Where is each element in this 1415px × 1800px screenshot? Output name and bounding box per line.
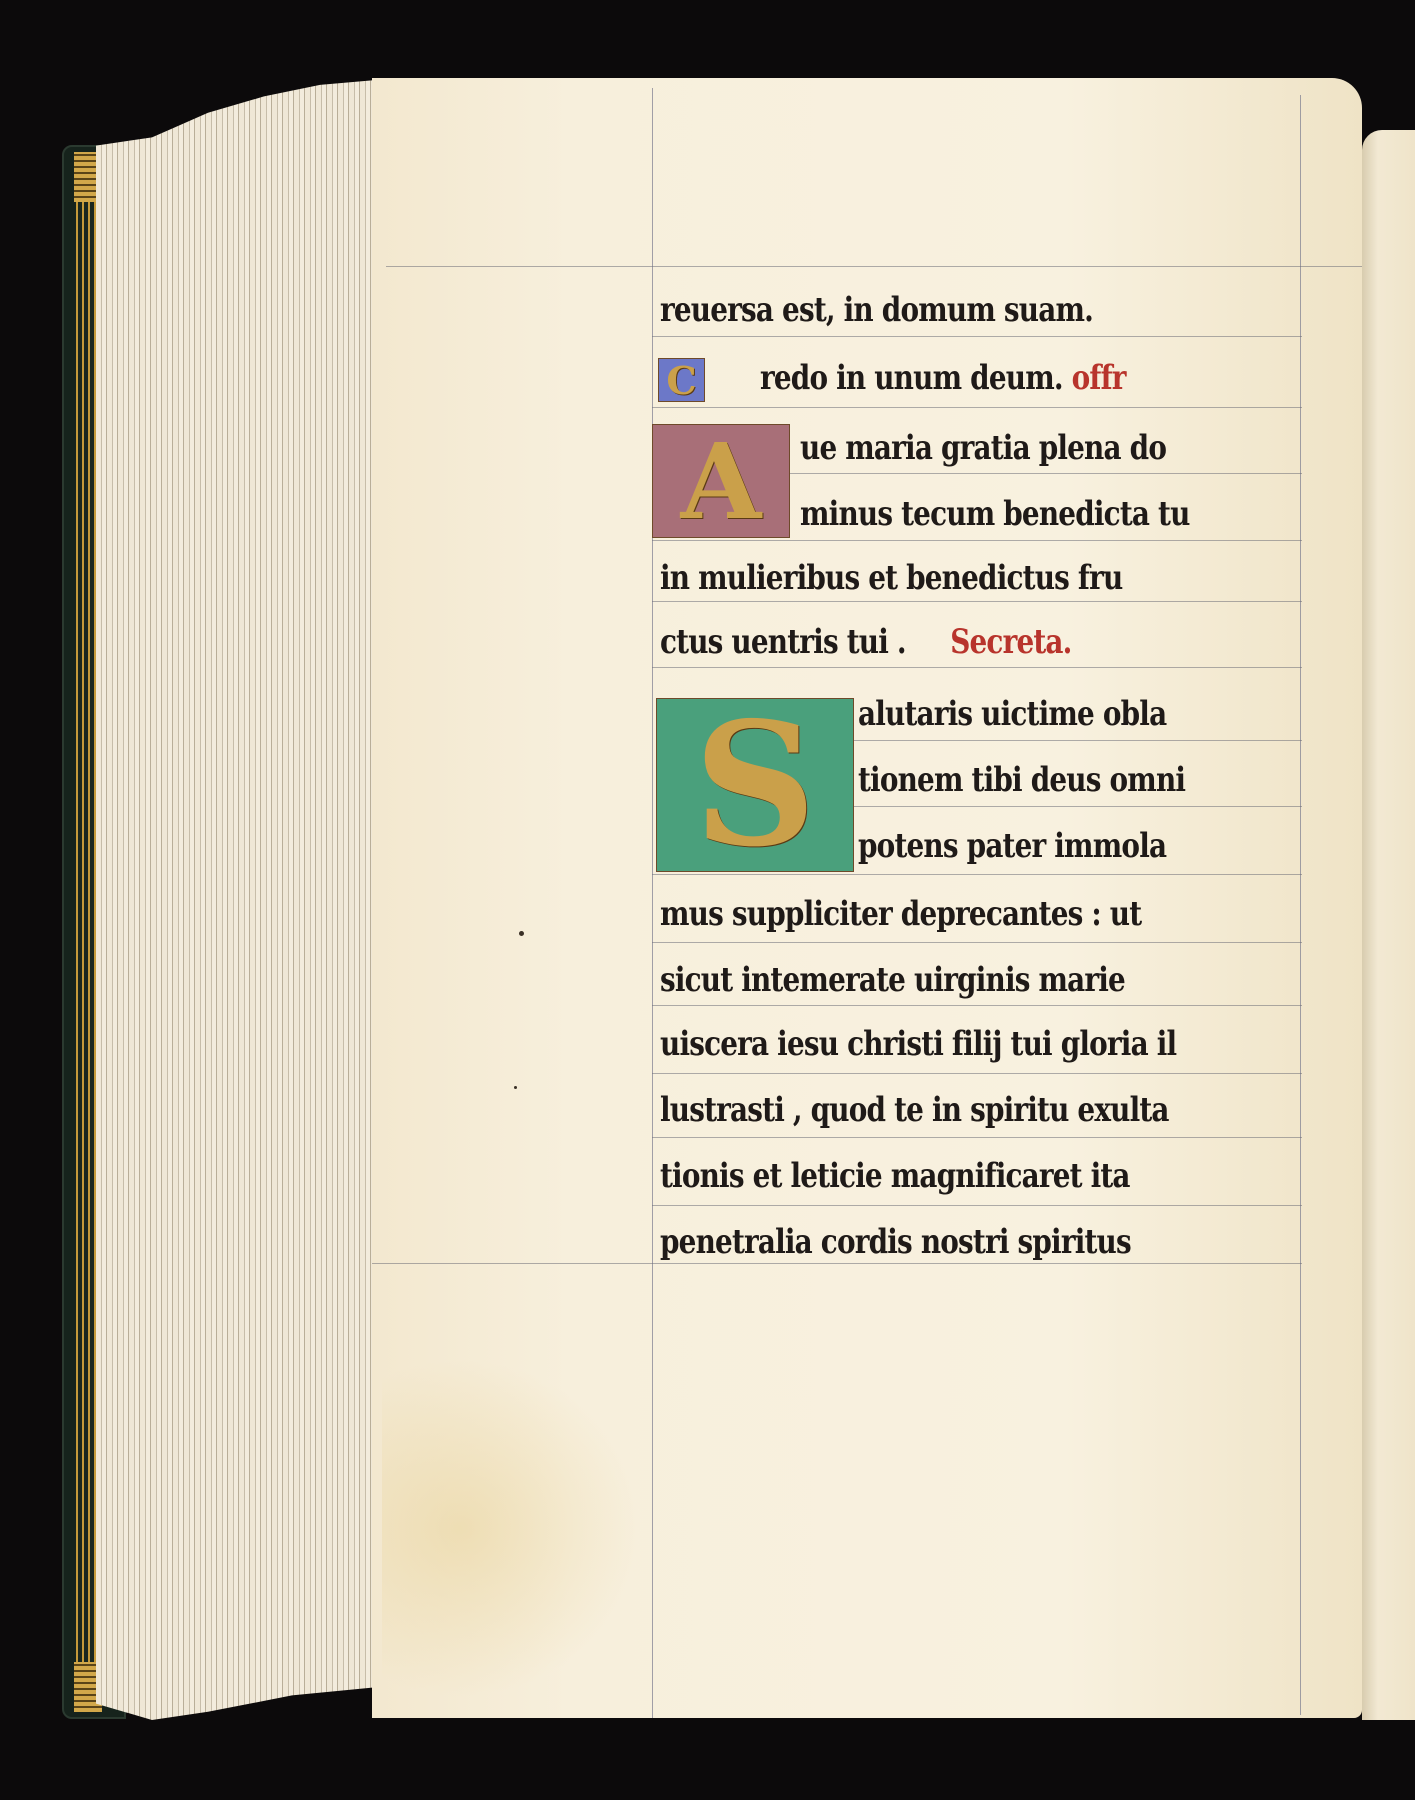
ruling-line (652, 1205, 1302, 1206)
ruling-line (652, 601, 1302, 602)
ruling-bottom (372, 1263, 1302, 1264)
text-line: minus tecum benedicta tu (800, 494, 1190, 534)
ruling-line (652, 1137, 1302, 1138)
ruling-line (652, 336, 1302, 337)
ruling-line (852, 740, 1302, 741)
text-line: tionis et leticie magnificaret ita (660, 1156, 1130, 1196)
ruling-line (652, 1005, 1302, 1006)
parchment-speck (514, 1086, 517, 1089)
ruling-line (652, 667, 1302, 668)
text-line: reuersa est, in domum suam. (660, 290, 1093, 330)
ruling-line (652, 1073, 1302, 1074)
text-line: penetralia cordis nostri spiritus (660, 1222, 1131, 1262)
illuminated-initial-a: A (652, 424, 790, 538)
ruling-line (652, 407, 1302, 408)
ruling-right (1300, 95, 1301, 1715)
text-line: tionem tibi deus omni (858, 760, 1185, 800)
ruling-line (652, 942, 1302, 943)
rubric-secreta: Secreta. (950, 622, 1071, 662)
rubric-offertorium: offr (1072, 358, 1126, 398)
text-line: ue maria gratia plena do (800, 428, 1166, 468)
text-line: potens pater immola (858, 826, 1166, 866)
text-line: alutaris uictime obla (858, 694, 1166, 734)
illuminated-initial-s: S (656, 698, 854, 872)
text-line: redo in unum deum. offr (760, 358, 1126, 398)
text-line: ctus uentris tui . Secreta. (660, 622, 1072, 662)
text-line: in mulieribus et benedictus fru (660, 558, 1122, 598)
text-line: sicut intemerate uirginis marie (660, 960, 1125, 1000)
facing-page-edge (1362, 130, 1415, 1720)
ruling-line (852, 806, 1302, 807)
illuminated-initial-c: C (658, 358, 705, 402)
page-edges-stack (96, 80, 376, 1720)
ruling-left (652, 88, 653, 1718)
ruling-top (386, 266, 1362, 267)
text-line: uiscera iesu christi filij tui gloria il (660, 1024, 1176, 1064)
text-line: mus suppliciter deprecantes : ut (660, 894, 1141, 934)
parchment-stain (382, 1358, 642, 1698)
parchment-speck (519, 931, 524, 936)
text-line: lustrasti , quod te in spiritu exulta (660, 1090, 1169, 1130)
